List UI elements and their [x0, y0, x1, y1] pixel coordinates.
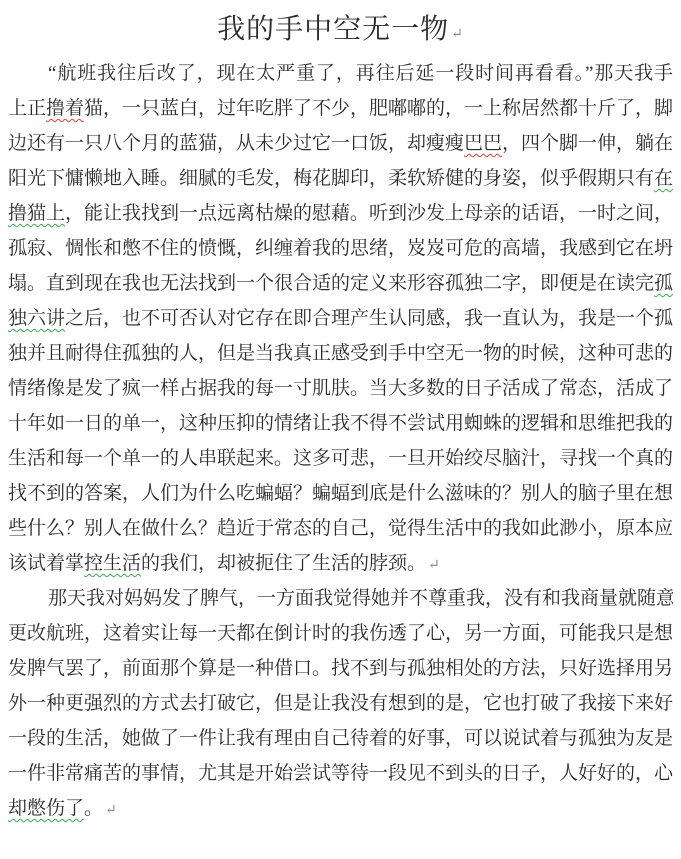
text-line: 一件非常痛苦的事情，尤其是开始尝试等待一段见不到头的日子，人好好的，心 — [8, 756, 673, 791]
text-segment: 边还有一只八个月的蓝猫，从未少过它一口饭，却瘦瘦 — [8, 133, 464, 154]
document-title: 我的手中空无一物↵ — [8, 8, 673, 56]
text-segment: 情绪像是发了疯一样占据我的每一寸肌肤。当大多数的日子活成了常态，活成了 — [8, 378, 673, 399]
text-segment: 那天我对妈妈发了脾气，一方面我觉得她并不尊重我，没有和我商量就随意 — [48, 588, 673, 609]
text-segment: 一件非常痛苦的事情，尤其是开始尝试等待一段见不到头的日子，人好好的，心 — [8, 763, 673, 784]
document-body: “航班我往后改了，现在太严重了，再往后延一段时间再看看。”那天我手上正撸着猫，一… — [8, 56, 673, 826]
text-segment: 该试着掌 — [8, 553, 84, 574]
grammar-flagged-text: 控生活 — [84, 553, 141, 574]
text-segment: 更改航班，这着实让每一天都在倒计时的我伤透了心，另一方面，可能我只是想 — [8, 623, 673, 644]
text-line: 撸猫上，能让我找到一点远离枯燥的慰藉。听到沙发上母亲的话语，一时之间， — [8, 196, 673, 231]
paragraph-mark-icon: ↵ — [103, 803, 117, 818]
grammar-flagged-text: 独六讲 — [8, 308, 65, 329]
text-line: 发脾气罢了，前面那个算是一种借口。找不到与孤独相处的方法，只好选择用另 — [8, 651, 673, 686]
text-segment: 十年如一日的单一，这种压抑的情绪让我不得不尝试用蜘蛛的逻辑和思维把我的 — [8, 413, 673, 434]
spellcheck-flagged-text: 巴巴 — [464, 133, 502, 154]
title-text: 我的手中空无一物 — [217, 14, 449, 45]
text-line: 边还有一只八个月的蓝猫，从未少过它一口饭，却瘦瘦巴巴，四个脚一伸，躺在 — [8, 126, 673, 161]
text-line: 一段的生活，她做了一件让我有理由自己待着的好事，可以说试着与孤独为友是 — [8, 721, 673, 756]
text-line: 该试着掌控生活的我们，却被扼住了生活的脖颈。↵ — [8, 546, 673, 581]
text-line: 上正撸着猫，一只蓝白，过年吃胖了不少，肥嘟嘟的，一上称居然都十斤了，脚 — [8, 91, 673, 126]
paragraph-mark-icon: ↵ — [449, 27, 464, 42]
grammar-flagged-text: 在 — [654, 168, 673, 189]
spellcheck-flagged-text: 撸着 — [46, 98, 84, 119]
text-line: 阳光下慵懒地入睡。细腻的毛发，梅花脚印，柔软矫健的身姿，似乎假期只有在 — [8, 161, 673, 196]
text-segment: 些什么？别人在做什么？趋近于常态的自己，觉得生活中的我如此渺小，原本应 — [8, 518, 673, 539]
text-line: 些什么？别人在做什么？趋近于常态的自己，觉得生活中的我如此渺小，原本应 — [8, 511, 673, 546]
text-segment: 之后，也不可否认对它存在即合理产生认同感，我一直认为，我是一个孤 — [65, 308, 673, 329]
text-segment: 猫，一只蓝白，过年吃胖了不少，肥嘟嘟的，一上称居然都十斤了，脚 — [84, 98, 673, 119]
text-line: 孤寂、惆怅和憋不住的愤慨，纠缠着我的思绪，岌岌可危的高墙，我感到它在坍 — [8, 231, 673, 266]
grammar-flagged-text: 却憋伤了 — [8, 798, 84, 819]
text-line: 却憋伤了。↵ — [8, 791, 673, 826]
grammar-flagged-text: 撸猫上 — [8, 203, 65, 224]
text-segment: 独并且耐得住孤独的人，但是当我真正感受到手中空无一物的时候，这种可悲的 — [8, 343, 673, 364]
text-segment: 上正 — [8, 98, 46, 119]
text-segment: ，四个脚一伸，躺在 — [502, 133, 673, 154]
grammar-flagged-text: 孤 — [654, 273, 673, 294]
text-segment: 找不到的答案，人们为什么吃蝙蝠？蝙蝠到底是什么滋味的？别人的脑子里在想 — [8, 483, 673, 504]
text-line: 塌。直到现在我也无法找到一个很合适的定义来形容孤独二字，即便是在读完孤 — [8, 266, 673, 301]
document-page: 我的手中空无一物↵ “航班我往后改了，现在太严重了，再往后延一段时间再看看。”那… — [0, 0, 681, 859]
text-line: 独并且耐得住孤独的人，但是当我真正感受到手中空无一物的时候，这种可悲的 — [8, 336, 673, 371]
text-line: 更改航班，这着实让每一天都在倒计时的我伤透了心，另一方面，可能我只是想 — [8, 616, 673, 651]
text-segment: 发脾气罢了，前面那个算是一种借口。找不到与孤独相处的方法，只好选择用另 — [8, 658, 673, 679]
text-line: 情绪像是发了疯一样占据我的每一寸肌肤。当大多数的日子活成了常态，活成了 — [8, 371, 673, 406]
text-segment: 。 — [84, 798, 103, 819]
text-segment: 阳光下慵懒地入睡。细腻的毛发，梅花脚印，柔软矫健的身姿，似乎假期只有 — [8, 168, 654, 189]
paragraph-mark-icon: ↵ — [426, 558, 440, 573]
text-segment: 外一种更强烈的方式去打破它，但是让我没有想到的是，它也打破了我接下来好 — [8, 693, 673, 714]
text-segment: ，能让我找到一点远离枯燥的慰藉。听到沙发上母亲的话语，一时之间， — [65, 203, 673, 224]
text-segment: “航班我往后改了，现在太严重了，再往后延一段时间再看看。”那天我手 — [48, 63, 673, 84]
text-line: 独六讲之后，也不可否认对它存在即合理产生认同感，我一直认为，我是一个孤 — [8, 301, 673, 336]
text-line: “航班我往后改了，现在太严重了，再往后延一段时间再看看。”那天我手 — [8, 56, 673, 91]
text-line: 找不到的答案，人们为什么吃蝙蝠？蝙蝠到底是什么滋味的？别人的脑子里在想 — [8, 476, 673, 511]
text-line: 十年如一日的单一，这种压抑的情绪让我不得不尝试用蜘蛛的逻辑和思维把我的 — [8, 406, 673, 441]
text-segment: 生活和每一个单一的人串联起来。这多可悲，一旦开始绞尽脑汁，寻找一个真的 — [8, 448, 673, 469]
text-segment: 塌。直到现在我也无法找到一个很合适的定义来形容孤独二字，即便是在读完 — [8, 273, 654, 294]
text-line: 那天我对妈妈发了脾气，一方面我觉得她并不尊重我，没有和我商量就随意 — [8, 581, 673, 616]
text-line: 生活和每一个单一的人串联起来。这多可悲，一旦开始绞尽脑汁，寻找一个真的 — [8, 441, 673, 476]
text-line: 外一种更强烈的方式去打破它，但是让我没有想到的是，它也打破了我接下来好 — [8, 686, 673, 721]
text-segment: 的我们，却被扼住了生活的脖颈。 — [141, 553, 426, 574]
text-segment: 一段的生活，她做了一件让我有理由自己待着的好事，可以说试着与孤独为友是 — [8, 728, 673, 749]
text-segment: 孤寂、惆怅和憋不住的愤慨，纠缠着我的思绪，岌岌可危的高墙，我感到它在坍 — [8, 238, 673, 259]
